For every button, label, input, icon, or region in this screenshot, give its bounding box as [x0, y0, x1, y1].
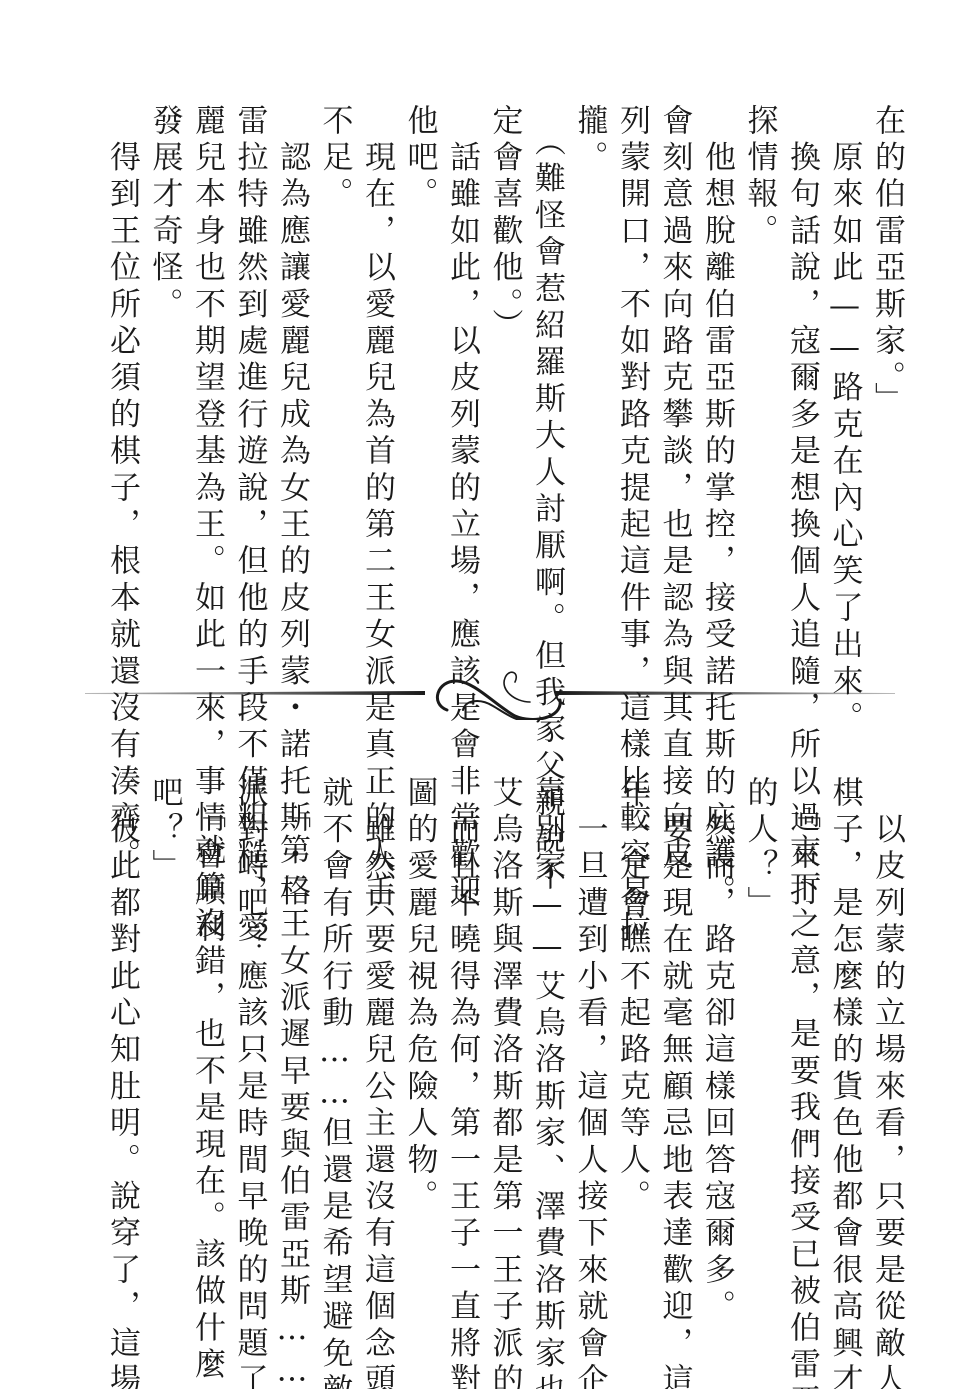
ornamental-flourish-icon: [85, 660, 895, 720]
text-column: 探情報。: [738, 104, 781, 624]
text-column: 就不會有所行動……但還是希望避免敵人增加。: [313, 776, 356, 1296]
text-block-top: 在的伯雷亞斯家。」 原來如此——路克在內心笑了出來。 換句話說，寇爾多是想換個人…: [101, 104, 909, 624]
text-column: 「言下之意，是要我們接受已被伯雷亞斯家嫌棄: [781, 776, 824, 1296]
text-column: 「就算沒錯，也不是現在。該做什麼……你也懂: [186, 776, 229, 1296]
text-column: 「第二王女派遲早要與伯雷亞斯……與第二王子: [271, 776, 314, 1296]
text-column: 彼此都對此心知肚明。說穿了，這場談話就是一: [101, 776, 144, 1296]
text-column: 發展才奇怪。: [143, 104, 186, 624]
text-column: 攏。: [568, 104, 611, 624]
text-column: 要是現在就毫無顧忌地表達歡迎，這個狡詐的青: [653, 776, 696, 1296]
text-column: 吧？」: [143, 776, 186, 1296]
text-column: 換句話說，寇爾多是想換個人追隨，所以過來打: [781, 104, 824, 624]
text-column: 一旦遭到小看，這個人接下來就會企圖再轉而投: [568, 776, 611, 1296]
text-column: 雖然只要愛麗兒公主還沒有這個念頭，對方應該: [356, 776, 399, 1296]
text-column: 靠別家——艾烏洛斯家、澤費洛斯家也說不定。: [526, 776, 569, 1296]
text-column: 麗兒本身也不期望登基為王。如此一來，事情會順利: [186, 104, 229, 624]
text-column: 雷拉特雖然到處進行遊說，但他的手段不僅粗糙，愛: [228, 104, 271, 624]
text-block-bottom: 以皮列蒙的立場來看，只要是從敵人那裡搶來的 棋子，是怎麼樣的貨色他都會很高興才對…: [101, 776, 909, 1296]
text-column: 話雖如此，以皮列蒙的立場，應該是會非常歡迎: [441, 104, 484, 624]
text-column: 他想脫離伯雷亞斯的掌控，接受諾托斯的庇護。: [696, 104, 739, 624]
text-column: 艾烏洛斯與澤費洛斯都是第一王子派的貴族。: [483, 776, 526, 1296]
text-column: 原來如此——路克在內心笑了出來。: [823, 104, 866, 624]
text-column: 會刻意過來向路克攀談，也是認為與其直接向皮: [653, 104, 696, 624]
text-column: 然而，路克卻這樣回答寇爾多。: [696, 776, 739, 1296]
text-column: 不足。: [313, 104, 356, 624]
text-column: 圖的愛麗兒視為危險人物。: [398, 776, 441, 1296]
text-column: 得到王位所必須的棋子，根本就還沒有湊齊。: [101, 104, 144, 624]
text-column: 而且不曉得為何，第一王子一直將對王位沒有企: [441, 776, 484, 1296]
section-divider: [85, 660, 895, 720]
text-column: （難怪會惹紹羅斯大人討厭啊。但我家父親說不: [526, 104, 569, 624]
text-column: 他吧。: [398, 104, 441, 624]
text-column: 派對峙吧？應該只是時間早晚的問題了才對？」: [228, 776, 271, 1296]
text-column: 認為應讓愛麗兒成為女王的皮列蒙・諾托斯・格: [271, 104, 314, 624]
text-column: 年一定會瞧不起路克等人。: [611, 776, 654, 1296]
text-column: 以皮列蒙的立場來看，只要是從敵人那裡搶來的: [866, 776, 909, 1296]
text-column: 列蒙開口，不如對路克提起這件事，這樣比較容易拉: [611, 104, 654, 624]
text-column: 棋子，是怎麼樣的貨色他都會很高興才對。: [823, 776, 866, 1296]
text-column: 在的伯雷亞斯家。」: [866, 104, 909, 624]
text-column: 的人？」: [738, 776, 781, 1296]
text-column: 定會喜歡他。）: [483, 104, 526, 624]
text-column: 現在，以愛麗兒為首的第二王女派是真正的人手: [356, 104, 399, 624]
